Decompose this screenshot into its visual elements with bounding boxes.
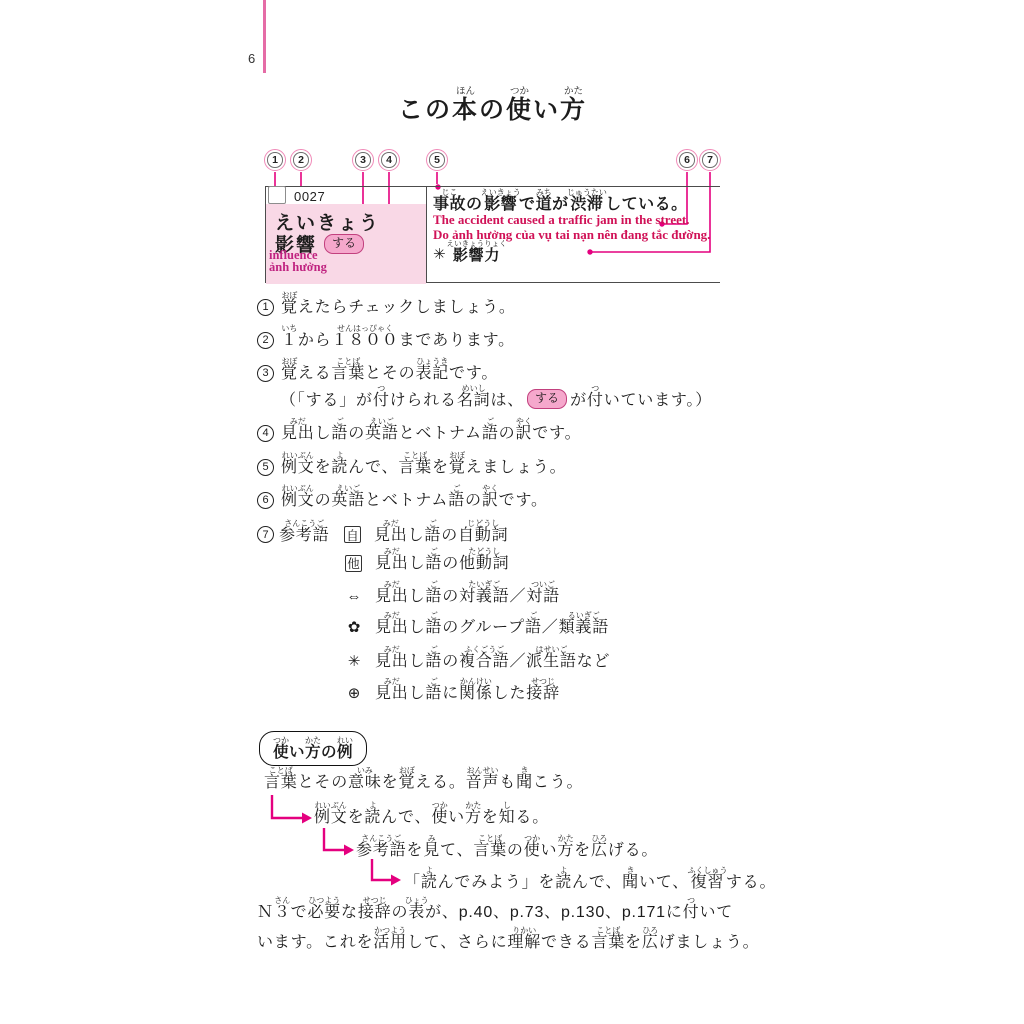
usage-step-4: 「読よんでみよう」を読よんで、聞きいて、復習ふくしゅうする。 bbox=[404, 866, 776, 892]
usage-example-heading-box: 使つかい方かたの例れい bbox=[259, 731, 367, 766]
reference-affix: ⊕ 見出みだし語ごに関係かんけいした接辞せつじ bbox=[345, 677, 560, 703]
item-3-text: 覚おぼえる言葉ことばとその表記ひょうきです。 bbox=[281, 357, 498, 383]
callout-circle-1: 1 bbox=[264, 149, 286, 171]
book-page: 6 この本ほんの使つかい方かた 1 2 3 4 5 6 7 bbox=[0, 0, 1024, 1024]
transitive-marker: 他 bbox=[345, 555, 362, 572]
explanation-item-3-note: （「する」が付つけられる名詞めいしは、 する が付ついています。） bbox=[280, 384, 712, 410]
explanation-item-3: 3 覚おぼえる言葉ことばとその表記ひょうきです。 bbox=[257, 357, 498, 383]
suru-tag-inline: する bbox=[527, 389, 567, 409]
reference-transitive-text: 見出みだし語ごの他動詞たどうし bbox=[375, 547, 509, 573]
callout-number-6: 6 bbox=[679, 152, 695, 168]
item-5-text: 例文れいぶんを読よんで、言葉ことばを覚おぼえましょう。 bbox=[281, 451, 566, 477]
item-7-number: 7 bbox=[257, 526, 274, 543]
callout-number-7: 7 bbox=[702, 152, 718, 168]
callout-number-2: 2 bbox=[293, 152, 309, 168]
item-6-number: 6 bbox=[257, 492, 274, 509]
item-4-text: 見出みだし語ごの英語えいごとベトナム語ごの訳やくです。 bbox=[281, 417, 581, 443]
item-1-number: 1 bbox=[257, 299, 274, 316]
usage-step-1: 言葉ことばとその意味いみを覚おぼえる。音声おんせいも聞きこう。 bbox=[264, 766, 583, 792]
entry-example-cell: 事故じこの影響えいきょうで道みちが渋滞じゅうたいしている。 The accide… bbox=[433, 187, 721, 282]
gloss-vietnamese: ảnh hưởng bbox=[269, 261, 327, 273]
reference-group-word: ✿ 見出みだし語ごのグループ語ご／類義語るいぎご bbox=[345, 611, 609, 637]
explanation-item-5: 5 例文れいぶんを読よんで、言葉ことばを覚おぼえましょう。 bbox=[257, 451, 566, 477]
asterisk-icon: ✳ bbox=[345, 652, 363, 670]
related-word: 影響力えいきょうりょく bbox=[447, 239, 507, 264]
callout-number-5: 5 bbox=[429, 152, 445, 168]
circled-plus-icon: ⊕ bbox=[345, 684, 363, 702]
item-5-number: 5 bbox=[257, 459, 274, 476]
callout-circle-4: 4 bbox=[378, 149, 400, 171]
page-number: 6 bbox=[248, 51, 255, 66]
explanation-item-6: 6 例文れいぶんの英語えいごとベトナム語ごの訳やくです。 bbox=[257, 484, 548, 510]
explanation-item-7: 7 参考語さんこうご 自 見出みだし語ごの自動詞じどうし bbox=[257, 516, 757, 545]
explanation-item-1: 1 覚おぼえたらチェックしましょう。 bbox=[257, 291, 516, 317]
reference-antonym: ⇔ 見出みだし語ごの対義語たいぎご／対語ついご bbox=[345, 580, 560, 606]
usage-step-2: 例文れいぶんを読よんで、使つかい方かたを知しる。 bbox=[314, 801, 549, 827]
item-4-number: 4 bbox=[257, 425, 274, 442]
reference-compound-word: ✳ 見出みだし語ごの複合語ふくごうご／派生語はせいごなど bbox=[345, 645, 610, 671]
item-1-text: 覚おぼえたらチェックしましょう。 bbox=[281, 291, 516, 317]
sample-entry-box: 0027 えいきょう 影響 する influence ảnh hưởng 事故じ… bbox=[265, 186, 720, 283]
callout-number-4: 4 bbox=[381, 152, 397, 168]
reference-compound-word-text: 見出みだし語ごの複合語ふくごうご／派生語はせいごなど bbox=[375, 645, 610, 671]
example-sentence-japanese: 事故じこの影響えいきょうで道みちが渋滞じゅうたいしている。 bbox=[433, 188, 688, 214]
closing-paragraph-line-1: Ｎ３さんで必要ひつような接辞せつじの表ひょうが、p.40、p.73、p.130、… bbox=[257, 896, 733, 922]
item-6-text: 例文れいぶんの英語えいごとベトナム語ごの訳やくです。 bbox=[281, 484, 548, 510]
memorized-checkbox bbox=[268, 186, 286, 204]
item-2-number: 2 bbox=[257, 332, 274, 349]
explanation-item-2: 2 １いちから１８００せんはっぴゃくまであります。 bbox=[257, 324, 515, 350]
florette-icon: ✿ bbox=[345, 618, 363, 636]
note-after-pill: が付ついています。） bbox=[570, 384, 712, 410]
reference-transitive: 他 見出みだし語ごの他動詞たどうし bbox=[345, 547, 509, 573]
entry-number: 0027 bbox=[294, 189, 325, 204]
note-before-pill: （「する」が付つけられる名詞めいしは、 bbox=[280, 384, 524, 410]
entry-column-divider bbox=[426, 187, 427, 282]
callout-circle-2: 2 bbox=[290, 149, 312, 171]
reference-intransitive-text: 見出みだし語ごの自動詞じどうし bbox=[374, 519, 508, 545]
reference-affix-text: 見出みだし語ごに関係かんけいした接辞せつじ bbox=[375, 677, 560, 703]
intransitive-marker: 自 bbox=[344, 526, 361, 543]
antonym-arrow-icon: ⇔ bbox=[345, 588, 363, 605]
margin-rule bbox=[263, 0, 266, 73]
page-title: この本ほんの使つかい方かた bbox=[265, 86, 720, 125]
explanation-item-4: 4 見出みだし語ごの英語えいごとベトナム語ごの訳やくです。 bbox=[257, 417, 581, 443]
callout-number-1: 1 bbox=[267, 152, 283, 168]
callout-circle-3: 3 bbox=[352, 149, 374, 171]
compound-word-icon: ✳ bbox=[433, 247, 446, 264]
item-3-number: 3 bbox=[257, 365, 274, 382]
example-translation-english: The accident caused a traffic jam in the… bbox=[433, 214, 689, 226]
reference-group-word-text: 見出みだし語ごのグループ語ご／類義語るいぎご bbox=[375, 611, 609, 637]
callout-number-3: 3 bbox=[355, 152, 371, 168]
reference-antonym-text: 見出みだし語ごの対義語たいぎご／対語ついご bbox=[375, 580, 560, 606]
callout-circle-5: 5 bbox=[426, 149, 448, 171]
suru-tag: する bbox=[324, 234, 364, 254]
item-7-label: 参考語さんこうご bbox=[279, 519, 329, 545]
related-word-row: ✳ 影響力えいきょうりょく bbox=[433, 239, 507, 264]
item-2-text: １いちから１８００せんはっぴゃくまであります。 bbox=[281, 324, 515, 350]
usage-step-3: 参考語さんこうごを見みて、言葉ことばの使つかい方かたを広ひろげる。 bbox=[356, 834, 658, 860]
closing-paragraph-line-2: います。これを活用かつようして、さらに理解りかいできる言葉ことばを広ひろげましょ… bbox=[257, 926, 759, 952]
callout-circle-7: 7 bbox=[699, 149, 721, 171]
usage-example-heading: 使つかい方かたの例れい bbox=[273, 736, 353, 761]
callout-circle-6: 6 bbox=[676, 149, 698, 171]
